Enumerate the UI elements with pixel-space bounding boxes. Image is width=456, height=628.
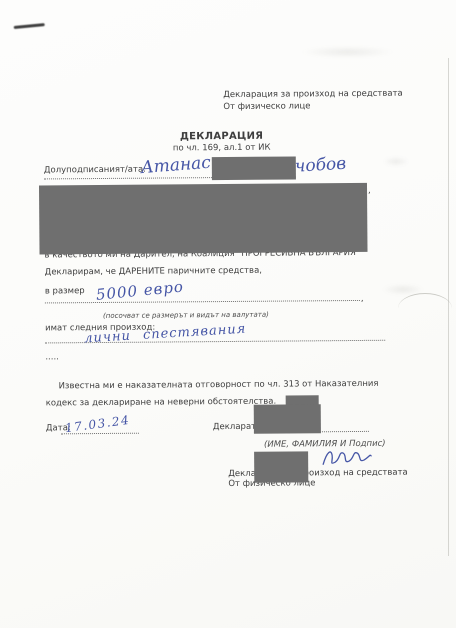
declare-line: Декларирам, че ДАРЕНИТЕ паричните средст…: [45, 267, 262, 278]
header-right-line2: От физическо лице: [223, 102, 310, 112]
redaction-block-name: [212, 156, 296, 180]
handwritten-last-name: чобов: [294, 154, 346, 177]
amount-hint: (посочват се размерът и видът на валутат…: [103, 311, 269, 320]
amount-dotted-line: [45, 300, 360, 303]
redaction-block-personal-data: [39, 183, 368, 255]
pen-mark: [14, 23, 45, 29]
document-content: Декларация за произход на средствата От …: [0, 0, 456, 628]
scan-smudge: [300, 46, 395, 58]
handwritten-amount: 5000 евро: [95, 278, 184, 304]
amount-trailing-comma: ,: [361, 295, 364, 305]
document-subtitle: по чл. 169, ал.1 от ИК: [119, 143, 325, 154]
header-right-line1: Декларация за произход на средствата: [223, 90, 403, 101]
scan-smudge: [383, 157, 409, 166]
liability-line2: кодекс за деклариране на неверни обстоят…: [46, 398, 277, 410]
handwritten-first-name: Атанас: [140, 153, 211, 178]
scanned-document-page: Декларация за произход на средствата От …: [0, 0, 456, 628]
signature-handwriting: [321, 445, 373, 469]
liability-line1: Известна ми е наказателната отговорност …: [59, 380, 379, 392]
undersigned-label: Долуподписаният/ата:: [44, 166, 146, 177]
redacted-line-comma: ,: [368, 187, 371, 197]
redaction-block-footer: [254, 451, 308, 482]
scan-smudge: [382, 284, 424, 295]
amount-label: в размер: [45, 287, 85, 297]
origin-extra-dots: .....: [45, 353, 59, 363]
document-title: ДЕКЛАРАЦИЯ: [119, 130, 325, 143]
redaction-block-declarant: [254, 404, 321, 434]
